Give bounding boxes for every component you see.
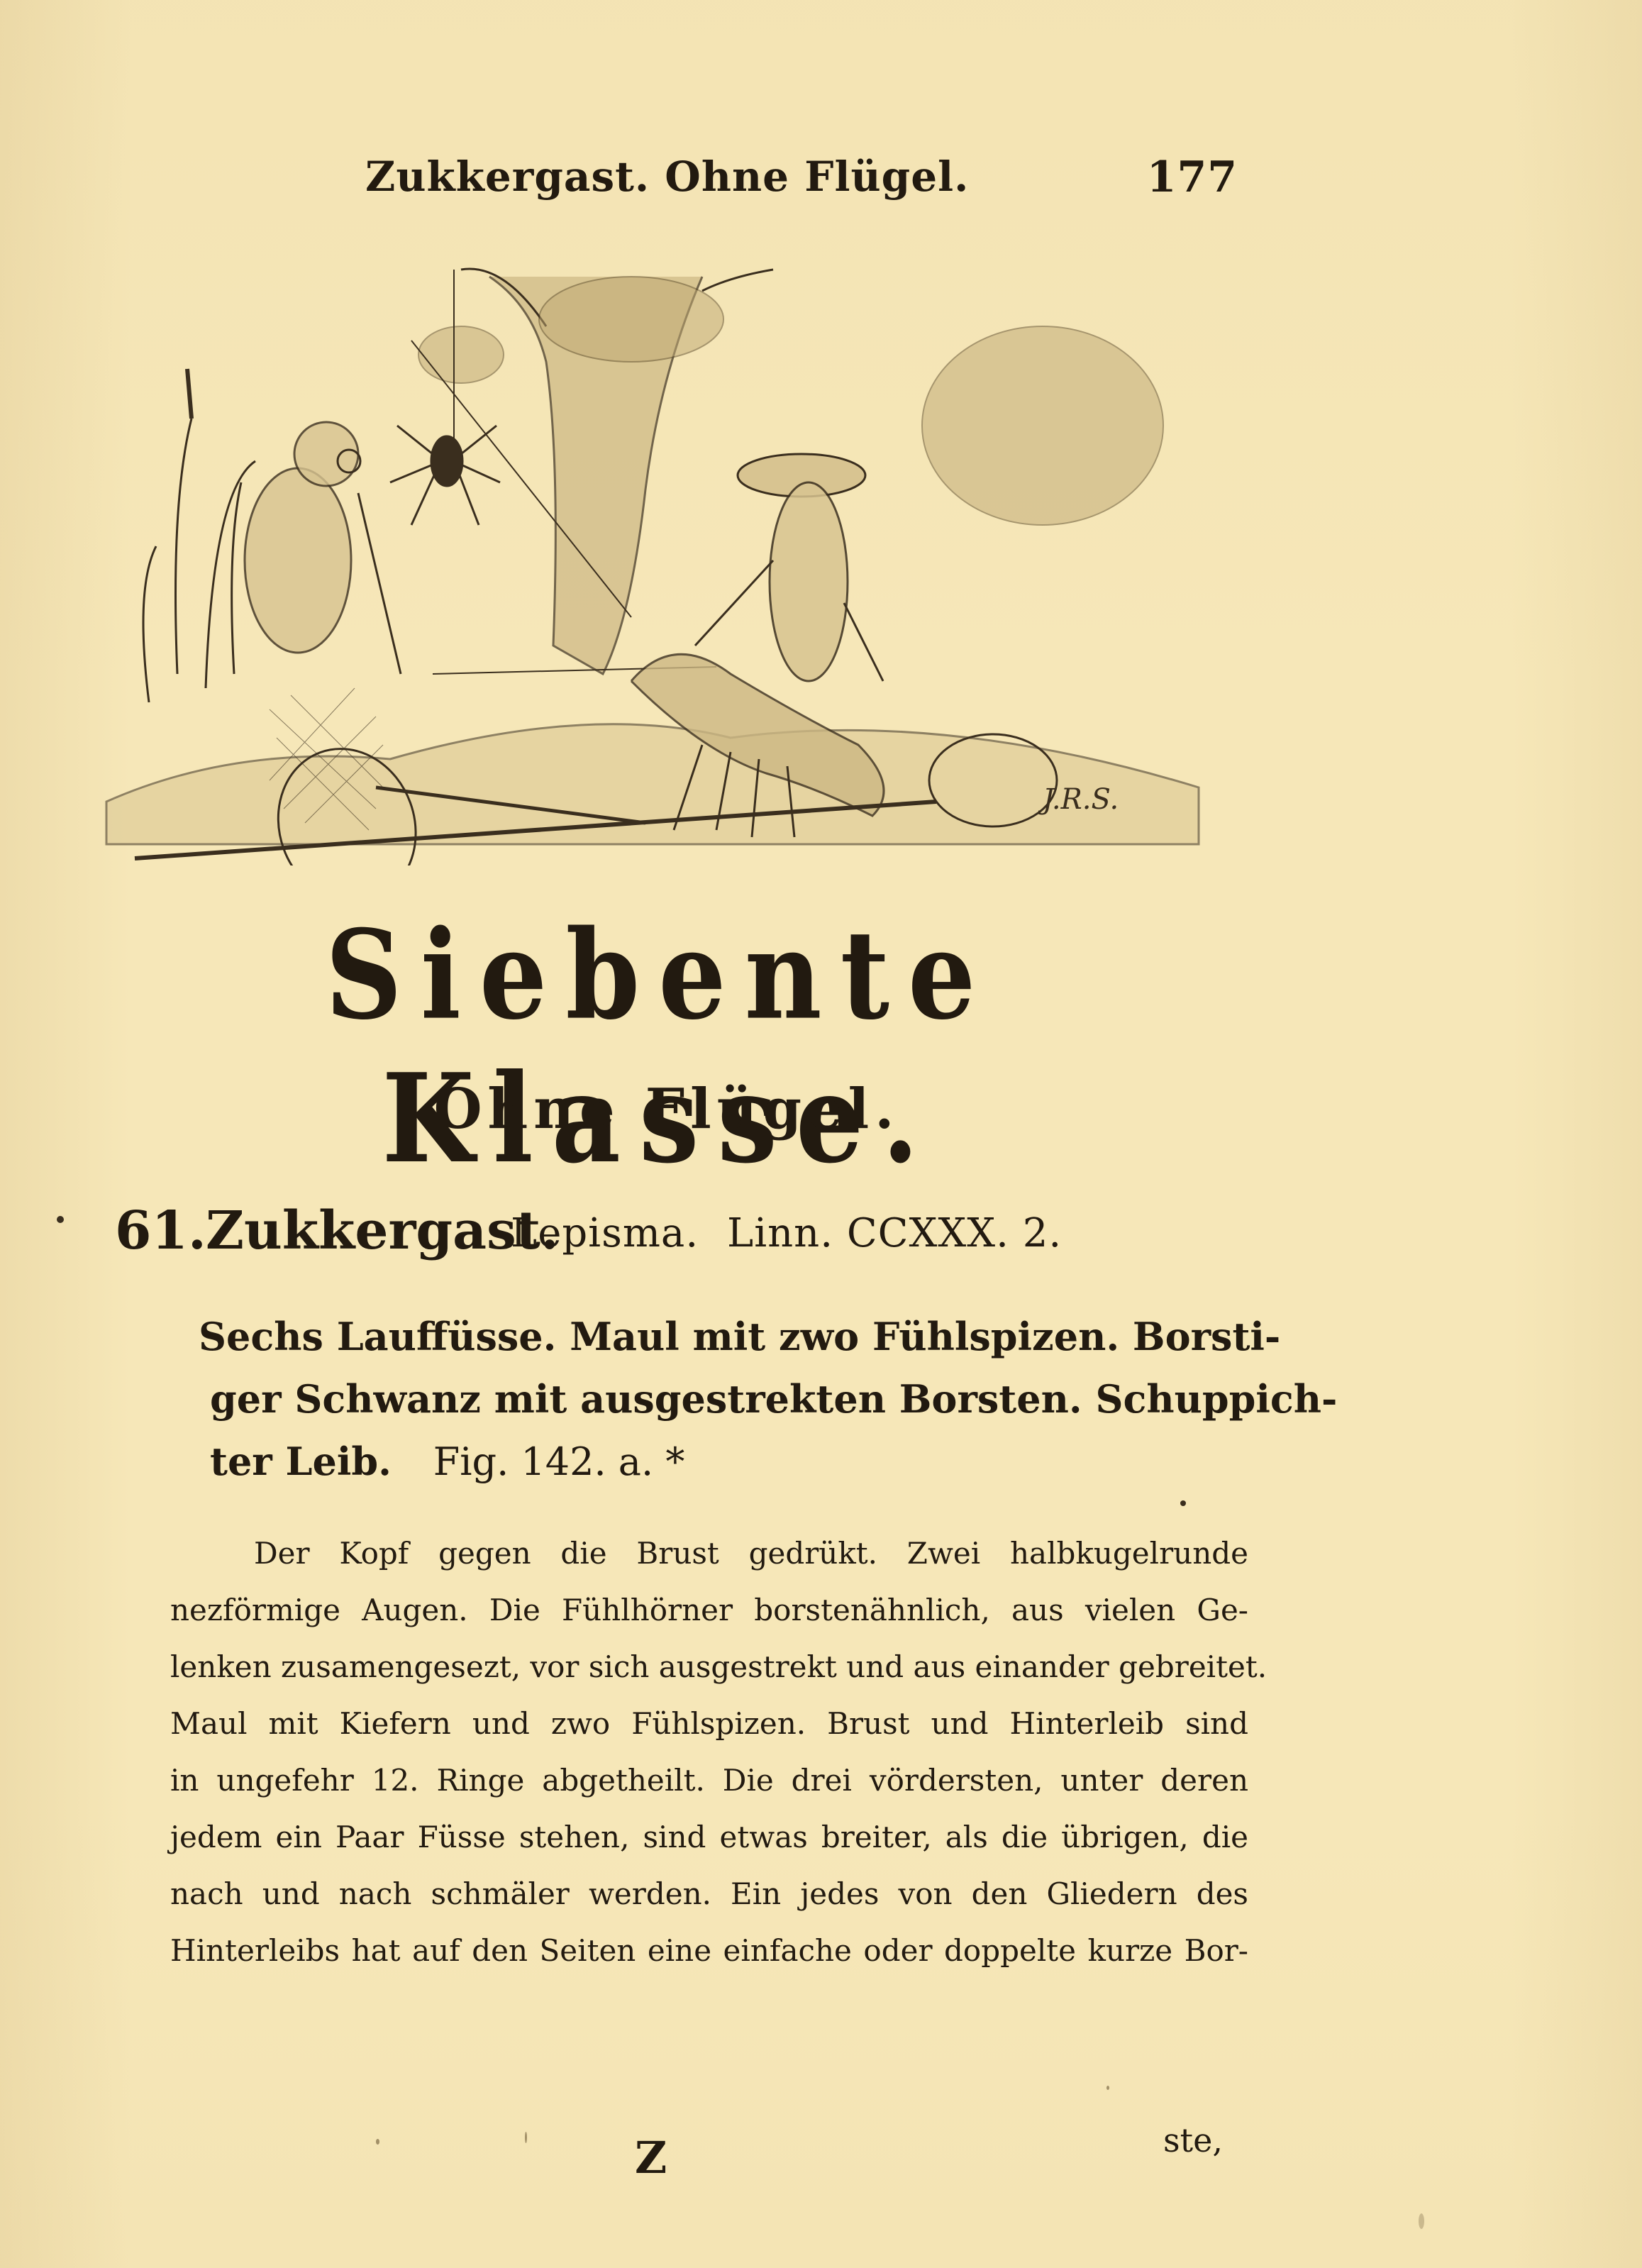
body-line: lenken zusamengesezt, vor sich ausgestre… [170,1639,1248,1696]
vignette-illustration: J.R.S. [92,248,1227,865]
paper-speck [1106,2086,1109,2090]
class-subtitle: Ohne Flügel. [397,1077,936,1141]
entry-heading: 61. Zukkergast. Lepisma. Linn. CCXXX. 2. [57,1200,1227,1278]
margin-dot-icon [1180,1500,1186,1506]
diagnosis-line-last: ter Leib. Fig. 142. a. * [206,1430,1241,1493]
catchword: ste, [1163,2121,1223,2159]
entry-number: 61. [115,1200,206,1261]
body-line: Hinterleibs hat auf den Seiten eine einf… [170,1923,1248,1979]
paper-speck [1419,2213,1424,2229]
body-line: Der Kopf gegen die Brust gedrükt. Zwei h… [170,1525,1248,1582]
running-head: Zukkergast. Ohne Flügel. 177 [365,145,1238,209]
body-line: jedem ein Paar Füsse stehen, sind etwas … [170,1809,1248,1866]
paper-speck [525,2132,527,2143]
diagnosis: Sechs Lauffüsse. Maul mit zwo Fühlspizen… [206,1305,1241,1493]
page-number: 177 [1147,153,1238,202]
body-line: nach und nach schmäler werden. Ein jedes… [170,1866,1248,1923]
margin-dot-icon [57,1216,64,1223]
engraving-icon: J.R.S. [92,248,1227,865]
body-line: nezförmige Augen. Die Fühlhörner borsten… [170,1582,1248,1639]
signature-mark: Z [635,2132,667,2184]
paper-speck [376,2139,379,2145]
entry-name: Zukkergast. [206,1200,559,1261]
body-line: in ungefehr 12. Ringe abgetheilt. Die dr… [170,1752,1248,1809]
figure-reference: Fig. 142. a. * [433,1439,685,1484]
diagnosis-line: ger Schwanz mit ausgestrekten Borsten. S… [206,1368,1241,1430]
diagnosis-text: ter Leib. [210,1439,392,1484]
running-head-title: Zukkergast. Ohne Flügel. [365,153,969,201]
diagnosis-line: Sechs Lauffüsse. Maul mit zwo Fühlspizen… [199,1305,1241,1368]
class-title: Siebente Klasse. [184,904,1135,1191]
body-paragraph: Der Kopf gegen die Brust gedrükt. Zwei h… [170,1525,1248,1979]
entry-linnaeus-ref: Linn. CCXXX. 2. [727,1210,1062,1256]
body-line: Maul mit Kiefern und zwo Fühlspizen. Bru… [170,1696,1248,1752]
engraver-signature: J.R.S. [1038,783,1119,816]
entry-latin-name: Lepisma. [511,1210,699,1256]
